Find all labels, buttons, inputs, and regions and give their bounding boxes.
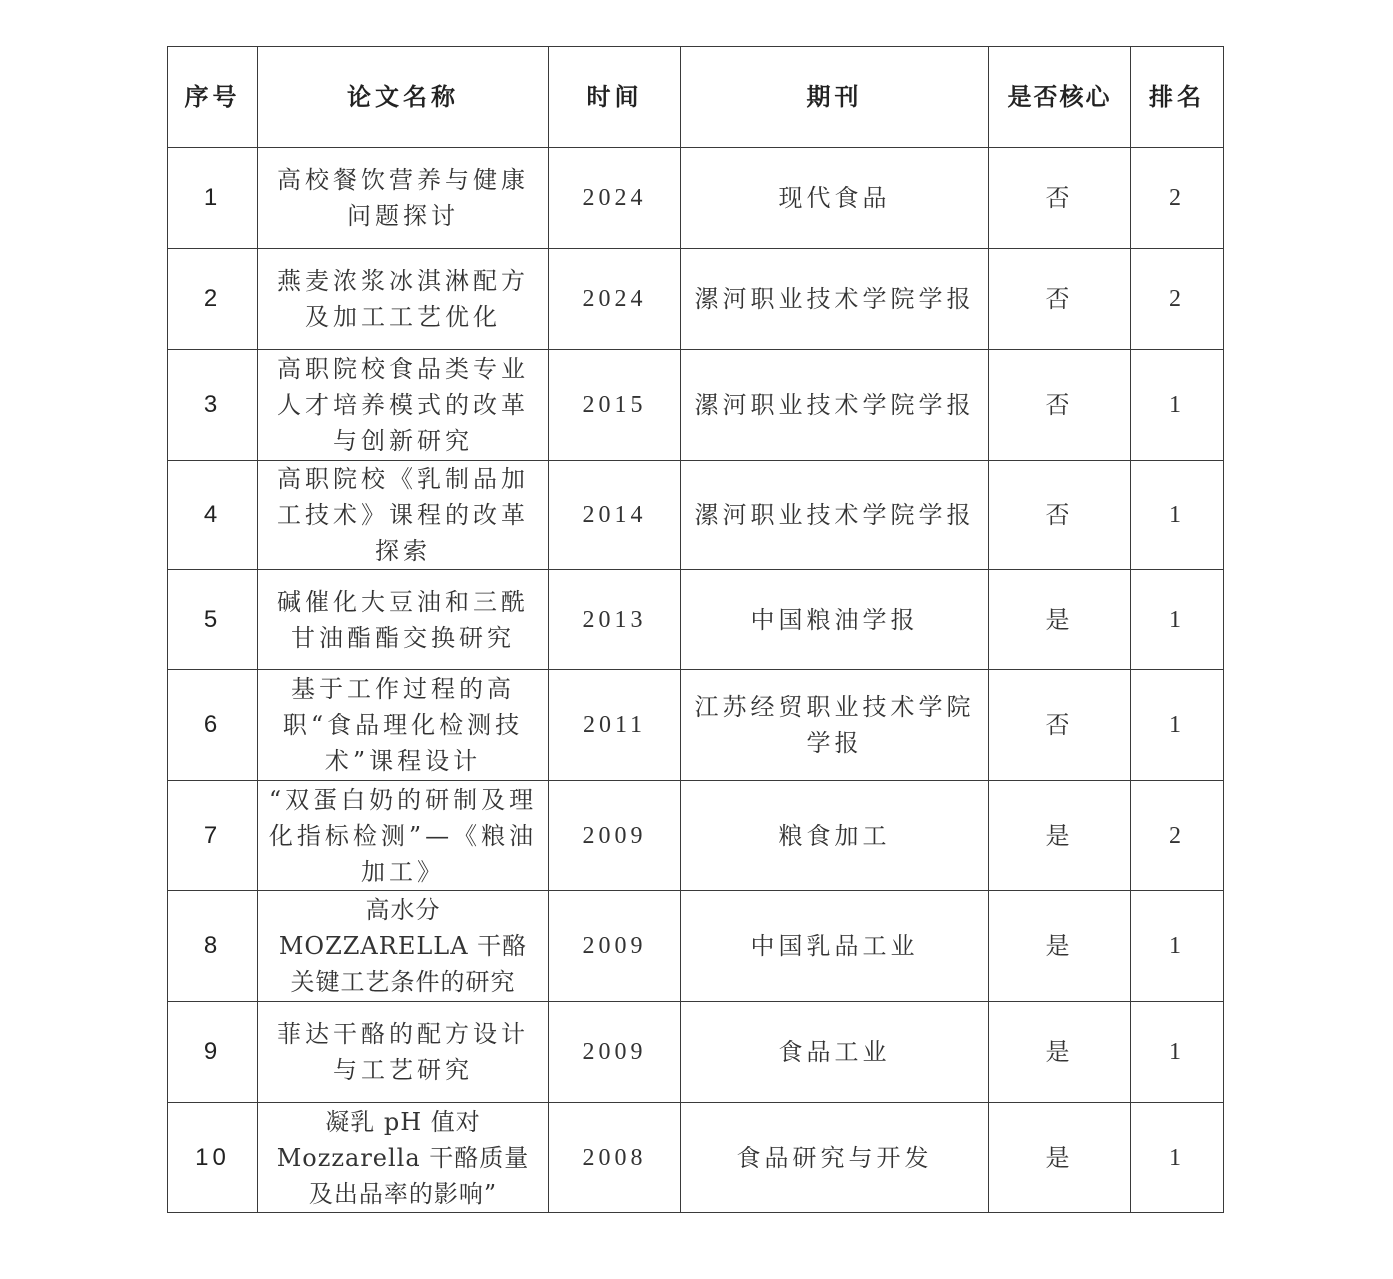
row-journal: 漯河职业技术学院学报 <box>681 461 989 570</box>
row-core: 否 <box>989 350 1131 461</box>
table-row: 10 凝乳 pH 值对 Mozzarella 干酪质量及出品率的影响” 2008… <box>168 1103 1224 1213</box>
row-journal: 中国粮油学报 <box>681 570 989 670</box>
row-title: 凝乳 pH 值对 Mozzarella 干酪质量及出品率的影响” <box>258 1103 549 1213</box>
row-index: 1 <box>168 148 258 249</box>
row-index: 10 <box>168 1103 258 1213</box>
row-journal: 中国乳品工业 <box>681 891 989 1002</box>
table-row: 9 菲达干酪的配方设计与工艺研究 2009 食品工业 是 1 <box>168 1002 1224 1103</box>
row-journal: 食品研究与开发 <box>681 1103 989 1213</box>
row-rank: 1 <box>1131 461 1224 570</box>
row-title: 基于工作过程的高职“食品理化检测技术”课程设计 <box>258 670 549 781</box>
row-year: 2011 <box>549 670 681 781</box>
row-title: 碱催化大豆油和三酰甘油酯酯交换研究 <box>258 570 549 670</box>
row-rank: 1 <box>1131 670 1224 781</box>
row-year: 2014 <box>549 461 681 570</box>
row-rank: 2 <box>1131 148 1224 249</box>
row-index: 8 <box>168 891 258 1002</box>
header-index: 序号 <box>168 47 258 148</box>
row-title: 高职院校食品类专业人才培养模式的改革与创新研究 <box>258 350 549 461</box>
table-row: 4 高职院校《乳制品加工技术》课程的改革探索 2014 漯河职业技术学院学报 否… <box>168 461 1224 570</box>
row-title: 高水分 MOZZARELLA 干酪关键工艺条件的研究 <box>258 891 549 1002</box>
row-title: 高职院校《乳制品加工技术》课程的改革探索 <box>258 461 549 570</box>
row-year: 2013 <box>549 570 681 670</box>
row-year: 2024 <box>549 249 681 350</box>
row-core: 是 <box>989 781 1131 891</box>
row-rank: 1 <box>1131 350 1224 461</box>
row-year: 2008 <box>549 1103 681 1213</box>
row-core: 是 <box>989 891 1131 1002</box>
table-row: 6 基于工作过程的高职“食品理化检测技术”课程设计 2011 江苏经贸职业技术学… <box>168 670 1224 781</box>
row-core: 是 <box>989 1103 1131 1213</box>
row-core: 否 <box>989 249 1131 350</box>
row-rank: 1 <box>1131 1002 1224 1103</box>
table-row: 7 “双蛋白奶的研制及理化指标检测”—《粮油加工》 2009 粮食加工 是 2 <box>168 781 1224 891</box>
header-year: 时间 <box>549 47 681 148</box>
row-year: 2024 <box>549 148 681 249</box>
row-core: 否 <box>989 461 1131 570</box>
row-index: 2 <box>168 249 258 350</box>
row-rank: 2 <box>1131 781 1224 891</box>
header-title: 论文名称 <box>258 47 549 148</box>
row-core: 否 <box>989 670 1131 781</box>
table-row: 8 高水分 MOZZARELLA 干酪关键工艺条件的研究 2009 中国乳品工业… <box>168 891 1224 1002</box>
row-year: 2015 <box>549 350 681 461</box>
table-row: 1 高校餐饮营养与健康问题探讨 2024 现代食品 否 2 <box>168 148 1224 249</box>
table-row: 3 高职院校食品类专业人才培养模式的改革与创新研究 2015 漯河职业技术学院学… <box>168 350 1224 461</box>
row-journal: 现代食品 <box>681 148 989 249</box>
table-row: 5 碱催化大豆油和三酰甘油酯酯交换研究 2013 中国粮油学报 是 1 <box>168 570 1224 670</box>
row-year: 2009 <box>549 891 681 1002</box>
row-journal: 食品工业 <box>681 1002 989 1103</box>
row-journal: 漯河职业技术学院学报 <box>681 249 989 350</box>
row-title: 高校餐饮营养与健康问题探讨 <box>258 148 549 249</box>
row-year: 2009 <box>549 1002 681 1103</box>
row-rank: 1 <box>1131 1103 1224 1213</box>
row-core: 否 <box>989 148 1131 249</box>
row-journal: 粮食加工 <box>681 781 989 891</box>
row-journal: 江苏经贸职业技术学院学报 <box>681 670 989 781</box>
row-core: 是 <box>989 1002 1131 1103</box>
header-core: 是否核心 <box>989 47 1131 148</box>
header-rank: 排名 <box>1131 47 1224 148</box>
table-row: 2 燕麦浓浆冰淇淋配方及加工工艺优化 2024 漯河职业技术学院学报 否 2 <box>168 249 1224 350</box>
row-journal: 漯河职业技术学院学报 <box>681 350 989 461</box>
header-journal: 期刊 <box>681 47 989 148</box>
row-index: 5 <box>168 570 258 670</box>
row-rank: 1 <box>1131 570 1224 670</box>
row-title: 燕麦浓浆冰淇淋配方及加工工艺优化 <box>258 249 549 350</box>
row-title: 菲达干酪的配方设计与工艺研究 <box>258 1002 549 1103</box>
row-index: 9 <box>168 1002 258 1103</box>
row-index: 7 <box>168 781 258 891</box>
row-year: 2009 <box>549 781 681 891</box>
row-core: 是 <box>989 570 1131 670</box>
row-index: 4 <box>168 461 258 570</box>
row-index: 3 <box>168 350 258 461</box>
row-index: 6 <box>168 670 258 781</box>
row-rank: 1 <box>1131 891 1224 1002</box>
row-rank: 2 <box>1131 249 1224 350</box>
papers-table: 序号 论文名称 时间 期刊 是否核心 排名 1 高校餐饮营养与健康问题探讨 20… <box>167 46 1224 1213</box>
row-title: “双蛋白奶的研制及理化指标检测”—《粮油加工》 <box>258 781 549 891</box>
header-row: 序号 论文名称 时间 期刊 是否核心 排名 <box>168 47 1224 148</box>
